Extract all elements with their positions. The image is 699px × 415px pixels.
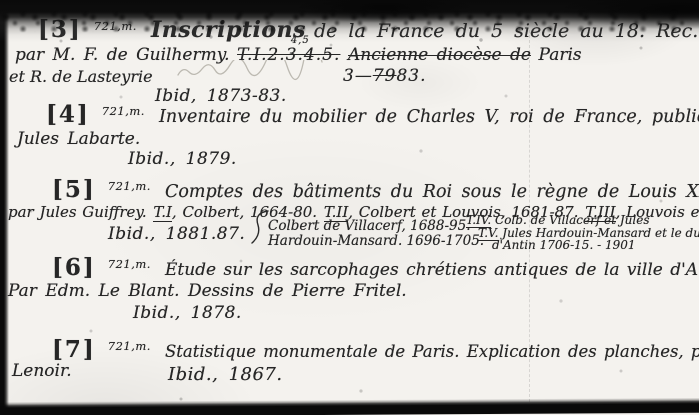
entry-5-tome-4-line: T.IV. Colb. de Villacerf et Jules [466,213,649,227]
entry-4-imprint: Ibid., 1879. [128,149,237,169]
entry-4-title: Inventaire du mobilier de Charles V, roi… [159,107,699,127]
entry-5-editor: par Jules Guiffrey. [8,203,147,221]
entry-3-struck-phrase: Ancienne diocèse de [348,45,531,65]
entry-6-imprint: Ibid., 1878. [133,303,242,323]
entry-5-continuation-2: Hardouin-Mansard. 1696-1705. [268,233,484,249]
pencil-annotation [175,60,325,84]
entry-4-author: Jules Labarte. [17,129,140,149]
card-fold-line [529,30,530,402]
scan-edge-top-fuzz [0,10,699,32]
entry-5-title-line: [5]721,m.Comptes des bâtiments du Roi so… [52,176,699,203]
entry-5-imprint: Ibid., 1881.87. [108,224,245,244]
entry-7-imprint: Ibid., 1867. [168,364,283,385]
entry-4-number: [4] [46,101,90,128]
entry-7-title: Statistique monumentale de Paris. Explic… [165,342,699,361]
entry-6-title: Étude sur les sarcophages chrétiens anti… [165,260,699,280]
entry-5-title: Comptes des bâtiments du Roi sous le règ… [165,182,699,202]
entry-7-shelfmark: 721,m. [108,339,151,353]
entry-5-continuation-1: Colbert de Villacerf, 1688-95. [268,218,471,234]
entry-5-tome-4-detail: Colb. de Villacerf et Jules [495,213,649,227]
scan-edge-left [0,0,9,415]
brace-mark [250,208,270,246]
entry-7-title-line: [7]721,m.Statistique monumentale de Pari… [52,336,699,363]
entry-5-tome-5-detail-2: d'Antin 1706-15. - 1901 [492,238,635,252]
entry-7-number: [7] [52,336,96,363]
entry-6-title-line: [6]721,m.Étude sur les sarcophages chrét… [52,254,699,281]
entry-6-author: Par Edm. Le Blant. Dessins de Pierre Fri… [8,281,407,301]
scanned-catalog-card: [3]721,m.Inscriptionsde la France du 5 s… [0,0,699,415]
entry-3-place: Paris [539,45,582,65]
entry-6-number: [6] [52,254,96,281]
entry-5-number: [5] [52,176,96,203]
entry-5-shelfmark: 721,m. [108,179,151,193]
entry-7-author: Lenoir. [12,361,72,381]
entry-3-crossed-number: 3—7983. [343,66,427,86]
entry-5-tome-1: T.I [153,203,172,222]
entry-4-title-line: [4]721,m.Inventaire du mobilier de Charl… [46,101,699,128]
entry-4-shelfmark: 721,m. [102,104,145,118]
entry-3-coauthor: et R. de Lasteyrie [9,67,153,86]
entry-6-shelfmark: 721,m. [108,257,151,271]
scan-edge-bottom [0,398,699,415]
